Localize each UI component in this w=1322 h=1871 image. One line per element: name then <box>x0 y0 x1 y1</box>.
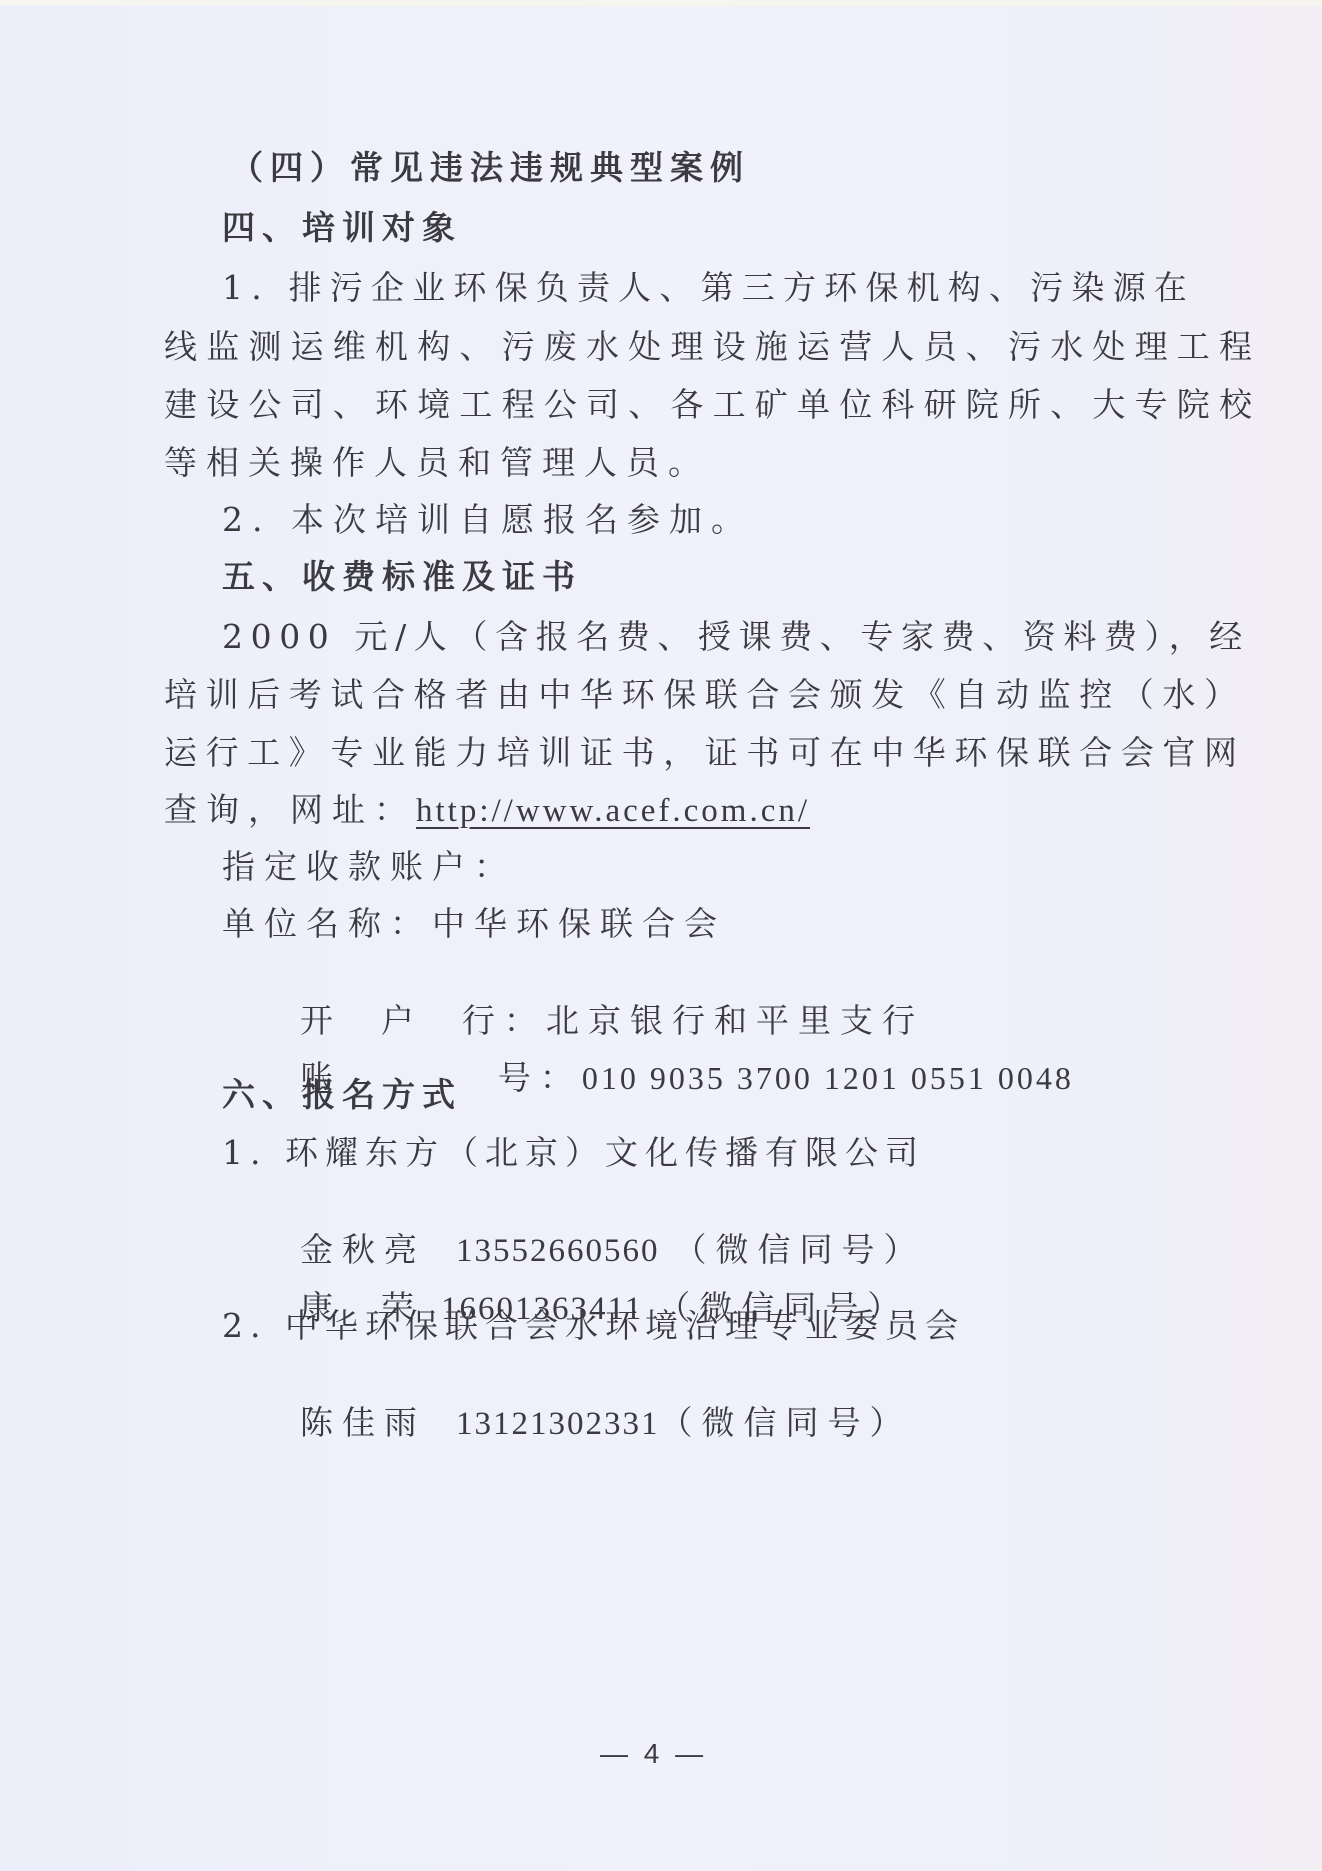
website-line: 查询，网址：http://www.acef.com.cn/ <box>164 790 810 831</box>
paragraph-line: 1. 排污企业环保负责人、第三方环保机构、污染源在 <box>222 268 1195 308</box>
paragraph-line: 2. 本次培训自愿报名参加。 <box>222 500 753 540</box>
organization-1: 1. 环耀东方（北京）文化传播有限公司 <box>222 1133 925 1173</box>
contact-name: 陈佳雨 <box>300 1403 426 1442</box>
paragraph-line: 培训后考试合格者由中华环保联合会颁发《自动监控（水） <box>164 675 1246 715</box>
paragraph-line: 等相关操作人员和管理人员。 <box>164 443 710 483</box>
scan-edge <box>0 0 1322 6</box>
paragraph-line: 2000 元/人（含报名费、授课费、专家费、资料费），经 <box>222 617 1250 657</box>
organization-2: 2. 中华环保联合会水环境治理专业委员会 <box>222 1306 965 1346</box>
website-label: 查询，网址： <box>164 790 416 829</box>
sub-item-heading: （四）常见违法违规典型案例 <box>230 148 750 188</box>
account-unit-value: 中华环保联合会 <box>432 904 726 943</box>
paragraph-line: 线监测运维机构、污废水处理设施运营人员、污水处理工程 <box>164 327 1261 367</box>
contact-row: 陈佳雨13121302331（微信同号） <box>222 1363 911 1484</box>
paragraph-line: 运行工》专业能力培训证书，证书可在中华环保联合会官网 <box>164 733 1246 773</box>
account-number-value: 010 9035 3700 1201 0551 0048 <box>582 1060 1074 1096</box>
account-unit-row: 单位名称：中华环保联合会 <box>222 904 726 944</box>
contact-phone: 13121302331 <box>456 1406 660 1442</box>
contact-note: （微信同号） <box>659 1403 911 1442</box>
document-page: （四）常见违法违规典型案例 四、培训对象 1. 排污企业环保负责人、第三方环保机… <box>0 0 1322 1871</box>
page-number: — 4 — <box>600 1738 707 1770</box>
account-title: 指定收款账户： <box>222 847 516 887</box>
section-heading-fees: 五、收费标准及证书 <box>222 557 582 597</box>
account-unit-label: 单位名称： <box>222 904 432 943</box>
section-heading-training-targets: 四、培训对象 <box>222 208 462 248</box>
website-link[interactable]: http://www.acef.com.cn/ <box>416 793 810 829</box>
section-heading-registration: 六、报名方式 <box>222 1075 462 1115</box>
paragraph-line: 建设公司、环境工程公司、各工矿单位科研院所、大专院校 <box>164 385 1261 425</box>
